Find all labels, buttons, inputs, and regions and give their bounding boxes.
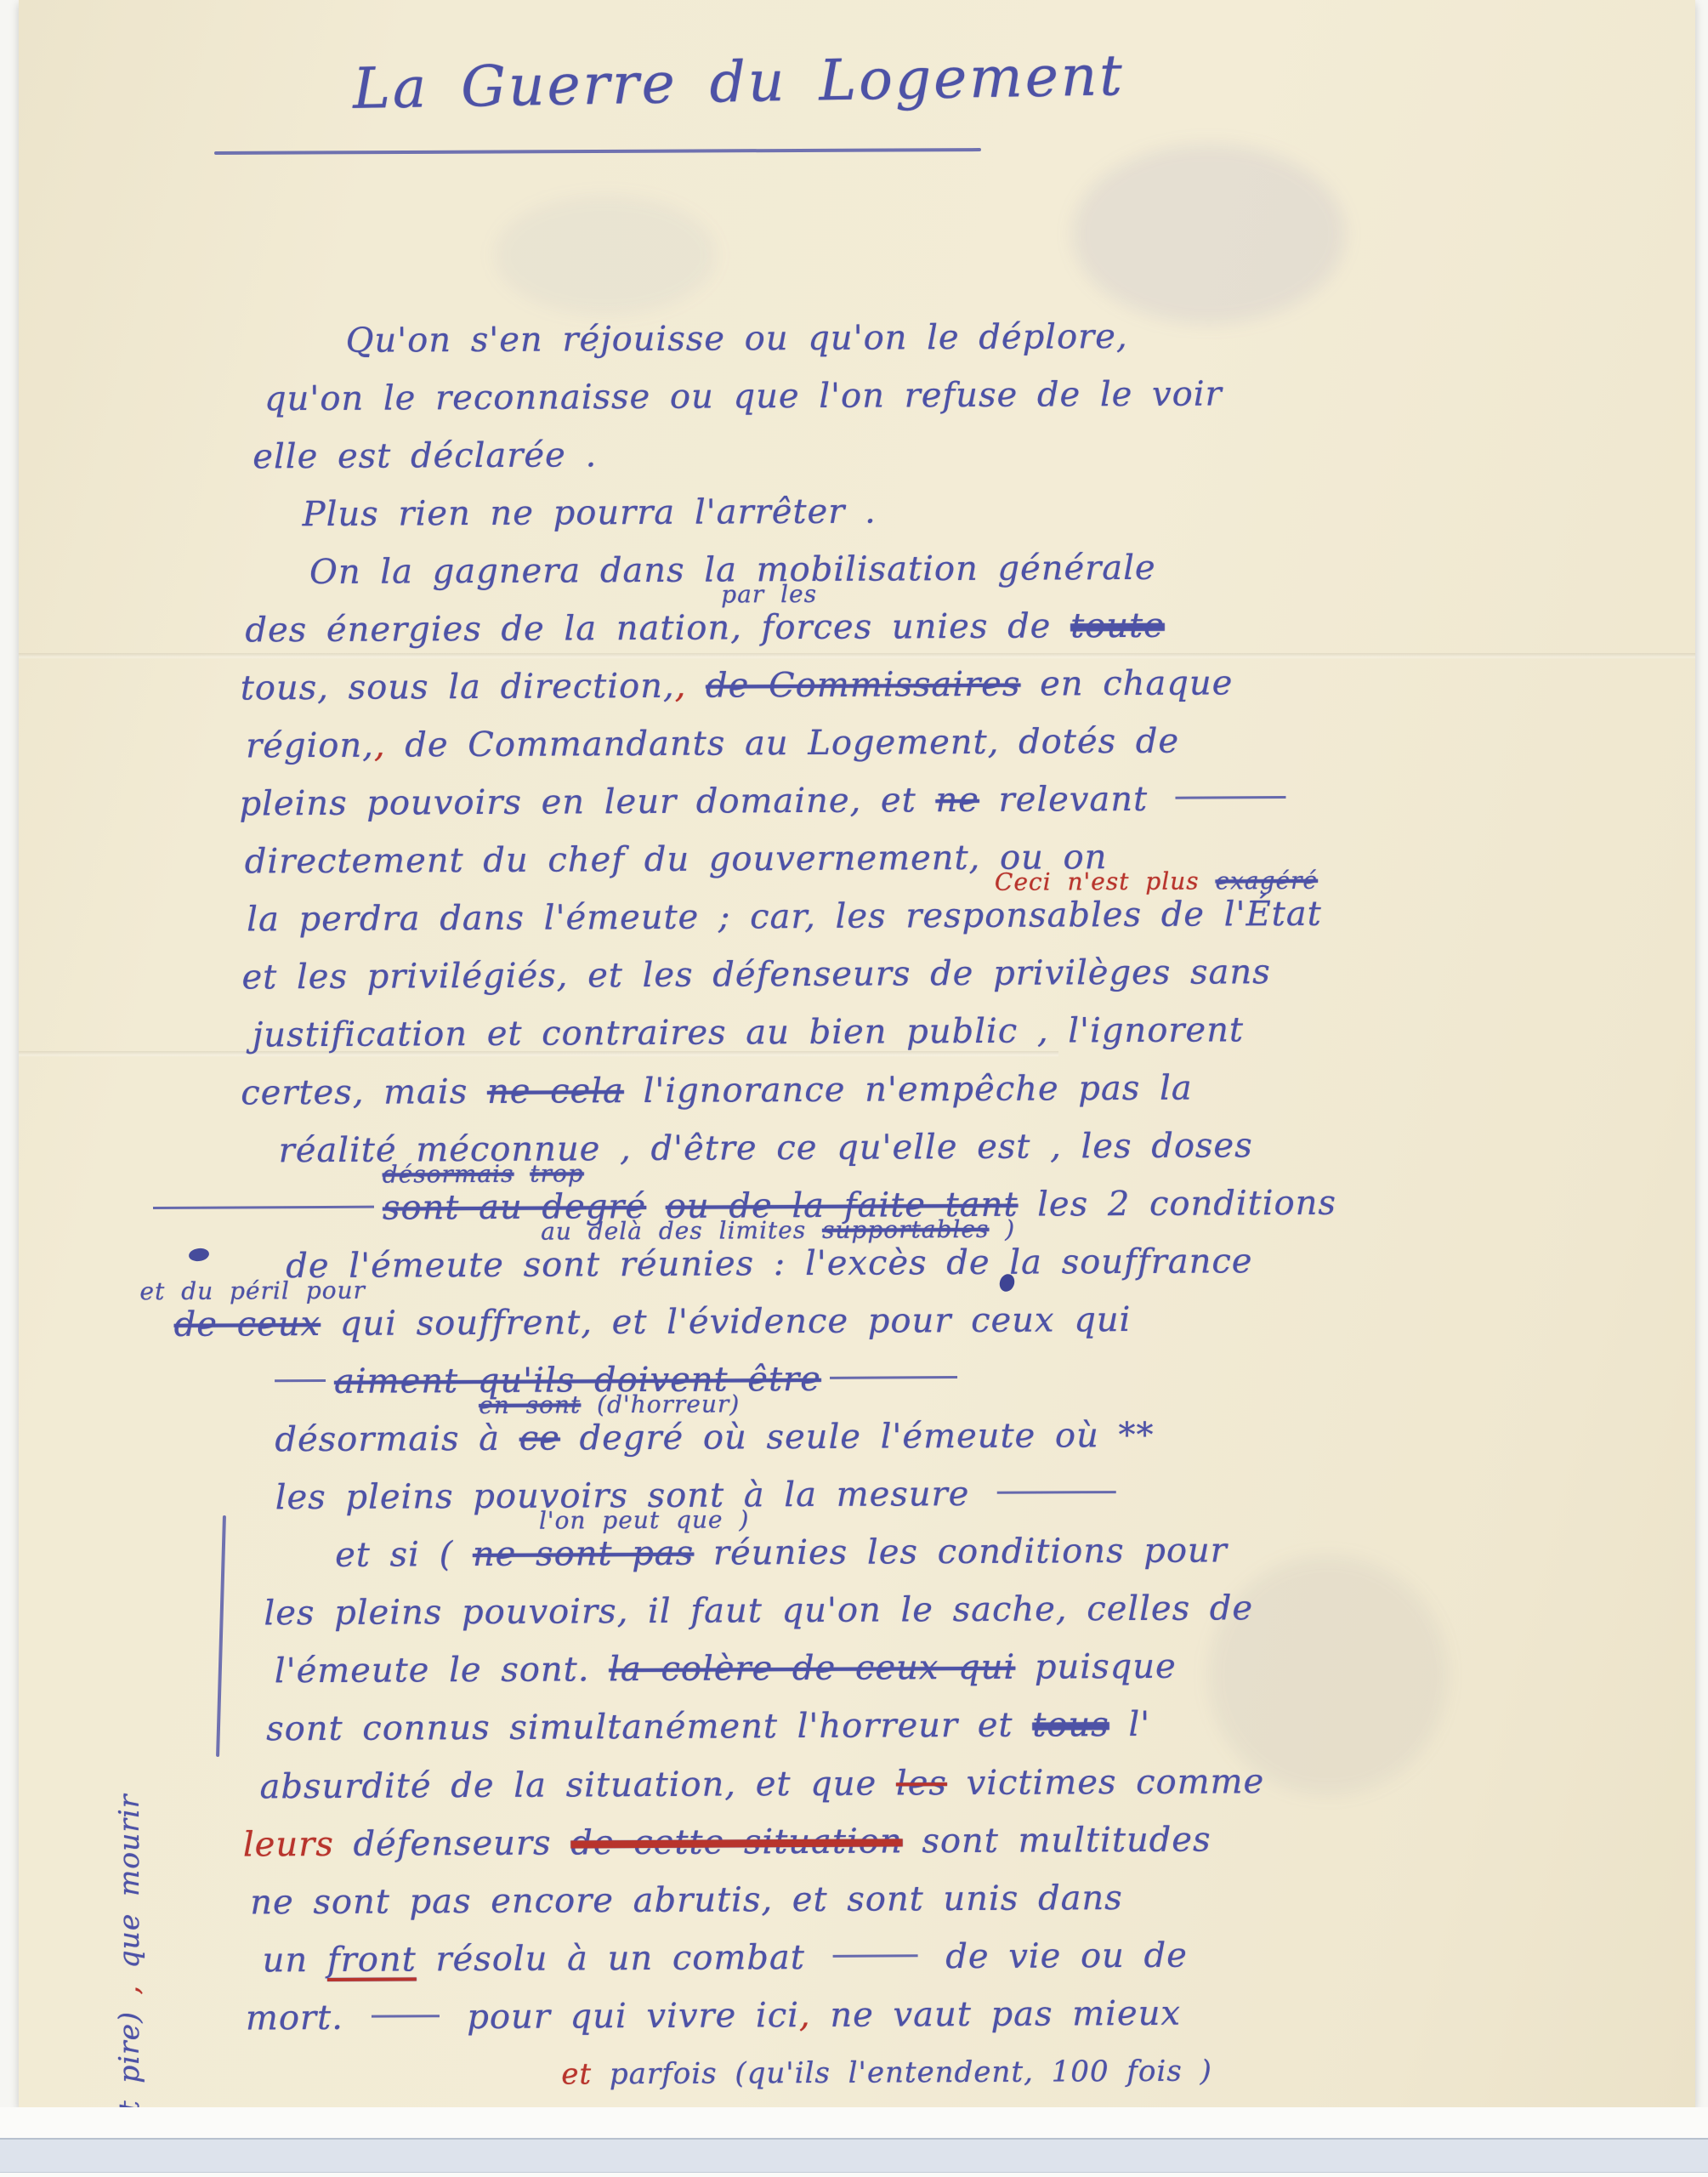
manuscript-line: aiment qu'ils doivent être [266,1349,1676,1414]
manuscript-line: absurdité de la situation, et que les vi… [259,1754,1677,1819]
manuscript-line: elle est déclarée . [253,423,1671,489]
text-segment: qu'on le reconnaisse ou que l'on refuse … [264,374,1223,418]
pen-stroke-line [153,1206,374,1209]
text-segment: de l'émeute sont réunies : l'excès de la… [286,1242,1252,1286]
ink-smudge [495,196,716,315]
text-segment: , [374,726,386,765]
text-segment: des énergies de la nation, forces unies … [245,606,1070,650]
manuscript-line: désormais à ce degré où seule l'émeute o… [275,1407,1676,1472]
manuscript-line: les pleins pouvoirs, il faut qu'on le sa… [264,1580,1677,1646]
text-segment: défenseurs [334,1823,571,1863]
manuscript-line: leurs défenseurs de cette situation sont… [243,1811,1678,1877]
text-segment: de Commandants au Logement, dotés de [385,722,1179,765]
text-segment: l' [1109,1705,1151,1744]
interlinear-note: par les [721,583,817,607]
margin-note-vertical: est pire) , que mourir [112,1583,145,2145]
manuscript-line: qu'on le reconnaisse ou que l'on refuse … [264,366,1671,431]
text-segment: Plus rien ne pourra l'arrêter . [303,492,877,535]
text-segment: parfois (qu'ils l'entendent, 100 fois ) [592,2054,1212,2091]
text-segment: ne sont pas [473,1534,695,1574]
text-segment: pour qui vivre ici [447,1996,799,2037]
text-segment [581,1390,597,1418]
text-segment: qui souffrent, et l'évidence pour ceux q… [321,1300,1132,1344]
text-segment: , [112,1985,145,1995]
text-segment: ne cela [487,1071,624,1111]
text-segment: ne sont pas encore abrutis, et sont unis… [250,1879,1123,1922]
manuscript-line: l'émeute le sont. la colère de ceux qui … [275,1638,1677,1703]
manuscript-line: justification et contraires au bien publ… [253,1002,1674,1067]
manuscript-line: des énergies de la nation, forces unies … [245,597,1671,662]
manuscript-line: et parfois (qu'ils l'entendent, 100 fois… [561,2043,1679,2106]
text-segment: par les [721,580,817,609]
manuscript-line: tous, sous la direction,, de Commissaire… [241,655,1672,720]
manuscript-line: un front résolu à un combat de vie ou de [262,1927,1678,1992]
text-segment [686,667,706,706]
text-segment: les 2 conditions [1018,1184,1336,1225]
text-segment: elle est déclarée . [253,435,597,476]
text-segment: la colère de ceux qui [609,1648,1015,1690]
text-segment: désormais à [275,1419,519,1460]
pen-stroke-line [833,1954,918,1958]
text-segment: victimes comme [947,1762,1264,1803]
manuscript-line: mort. pour qui vivre ici, ne vaut pas mi… [246,1985,1679,2050]
text-segment: région, [246,726,374,766]
text-segment [514,1160,530,1188]
pen-stroke-line [275,1379,326,1382]
manuscript-line: la perdra dans l'émeute ; car, les respo… [247,886,1673,952]
text-segment: absurdité de la situation, et que [259,1764,896,1806]
text-segment: désormais [383,1160,514,1189]
text-segment: pleins pouvoirs en leur domaine, et [239,781,935,823]
text-segment: certes, mais [241,1072,487,1113]
text-segment: les [896,1764,947,1803]
manuscript-line: directement du chef du gouvernement, ou … [245,828,1673,894]
manuscript-line: sont connus simultanément l'horreur et t… [266,1696,1677,1761]
text-segment: trop [530,1159,584,1187]
text-segment: tous [1032,1705,1109,1744]
manuscript-line: et si ( ne sont pas réunies les conditio… [335,1522,1677,1587]
manuscript-lines: Qu'on s'en réjouisse ou qu'on le déplore… [250,308,1679,2108]
page-title: La Guerre du Logement [352,43,1125,122]
interlinear-note: en sont (d'horreur) [479,1392,740,1418]
text-segment: (d'horreur) [597,1390,740,1418]
text-segment: la perdra dans l'émeute ; car, les respo… [247,895,1322,940]
text-segment: relevant [979,780,1167,820]
text-segment: degré où seule l'émeute où [560,1416,1119,1458]
text-segment: exagéré [1215,867,1318,895]
text-segment: ce [519,1418,560,1458]
manuscript-line: de ceux qui souffrent, et l'évidence pou… [174,1291,1676,1356]
interlinear-note: l'on peut que ) [539,1508,750,1532]
text-segment: Ceci n'est plus [995,867,1216,895]
text-segment: sont multitudes [903,1820,1211,1861]
text-segment: en sont [479,1390,581,1419]
text-segment: l'émeute le sont. [275,1650,610,1691]
text-segment: l'on peut que ) [539,1505,750,1534]
pen-stroke-line [1176,796,1286,799]
manuscript-line: On la gagnera dans la mobilisation génér… [309,539,1671,604]
manuscript-line: région,, de Commandants au Logement, dot… [246,713,1672,778]
ink-smudge [1073,145,1345,323]
text-segment: Qu'on s'en réjouisse ou qu'on le déplore… [346,317,1128,361]
text-segment: directement du chef du gouvernement, ou … [245,838,1108,881]
text-segment: front [327,1940,417,1980]
text-segment: , [799,1996,811,2035]
text-segment: en chaque [1020,663,1233,703]
text-segment: résolu à un combat [417,1938,825,1980]
manuscript-line: ne sont pas encore abrutis, et sont unis… [250,1869,1678,1935]
text-segment: sont connus simultanément l'horreur et [266,1706,1032,1749]
manuscript-line: de l'émeute sont réunies : l'excès de la… [286,1233,1675,1299]
text-segment: de ceux [174,1304,321,1344]
text-segment: et [561,2057,592,2091]
text-segment: ** [1118,1416,1154,1455]
manuscript-line: certes, mais ne cela l'ignorance n'empêc… [241,1060,1674,1125]
text-segment: puisque [1015,1647,1177,1687]
text-segment: l'ignorance n'empêche pas la [624,1069,1193,1111]
interlinear-note: désormais trop [383,1162,584,1186]
text-segment: au delà des limites [541,1216,822,1246]
text-segment: réunies les conditions pour [694,1531,1228,1572]
interlinear-note: au delà des limites supportables ) [541,1218,1015,1244]
manuscript-line: les pleins pouvoirs sont à la mesure [275,1464,1677,1530]
text-segment: et du péril pour [139,1276,366,1305]
text-segment: ) [989,1215,1015,1243]
text-segment: justification et contraires au bien publ… [253,1010,1244,1054]
text-segment: toute [1070,606,1165,646]
text-segment: de vie ou de [926,1936,1188,1977]
scanned-manuscript-page: La Guerre du Logement Qu'on s'en réjouis… [0,0,1708,2177]
text-segment: un [263,1941,327,1980]
interlinear-note: et du péril pour [139,1279,366,1304]
text-segment: leurs [243,1825,334,1865]
manuscript-line: Plus rien ne pourra l'arrêter . [303,481,1671,546]
manuscript-line: et les privilégiés, et les défenseurs de… [241,944,1673,1009]
text-segment: ne [935,781,979,820]
pen-stroke-line [372,2015,440,2017]
text-segment: et si ( [335,1535,473,1575]
pen-stroke-line [997,1491,1116,1494]
text-segment: de cette situation [570,1822,903,1862]
text-segment: tous, sous la direction, [241,667,675,708]
text-segment: les pleins pouvoirs, il faut qu'on le sa… [264,1589,1253,1633]
text-segment: et les privilégiés, et les défenseurs de… [241,952,1270,997]
text-segment: supportables [822,1215,989,1244]
text-segment: de Commissaires [706,665,1021,706]
text-segment: mort. [246,1998,363,2038]
manuscript-line: pleins pouvoirs en leur domaine, et ne r… [239,770,1672,836]
interlinear-note: Ceci n'est plus exagéré [995,869,1318,895]
text-segment: ne vaut pas mieux [811,1994,1182,2035]
pen-stroke-line [830,1376,957,1379]
manuscript-line: Qu'on s'en réjouisse ou qu'on le déplore… [345,308,1670,372]
scanner-bed-strip [0,2138,1708,2173]
text-segment: que mourir [112,1794,145,1985]
text-segment: , [675,667,687,706]
